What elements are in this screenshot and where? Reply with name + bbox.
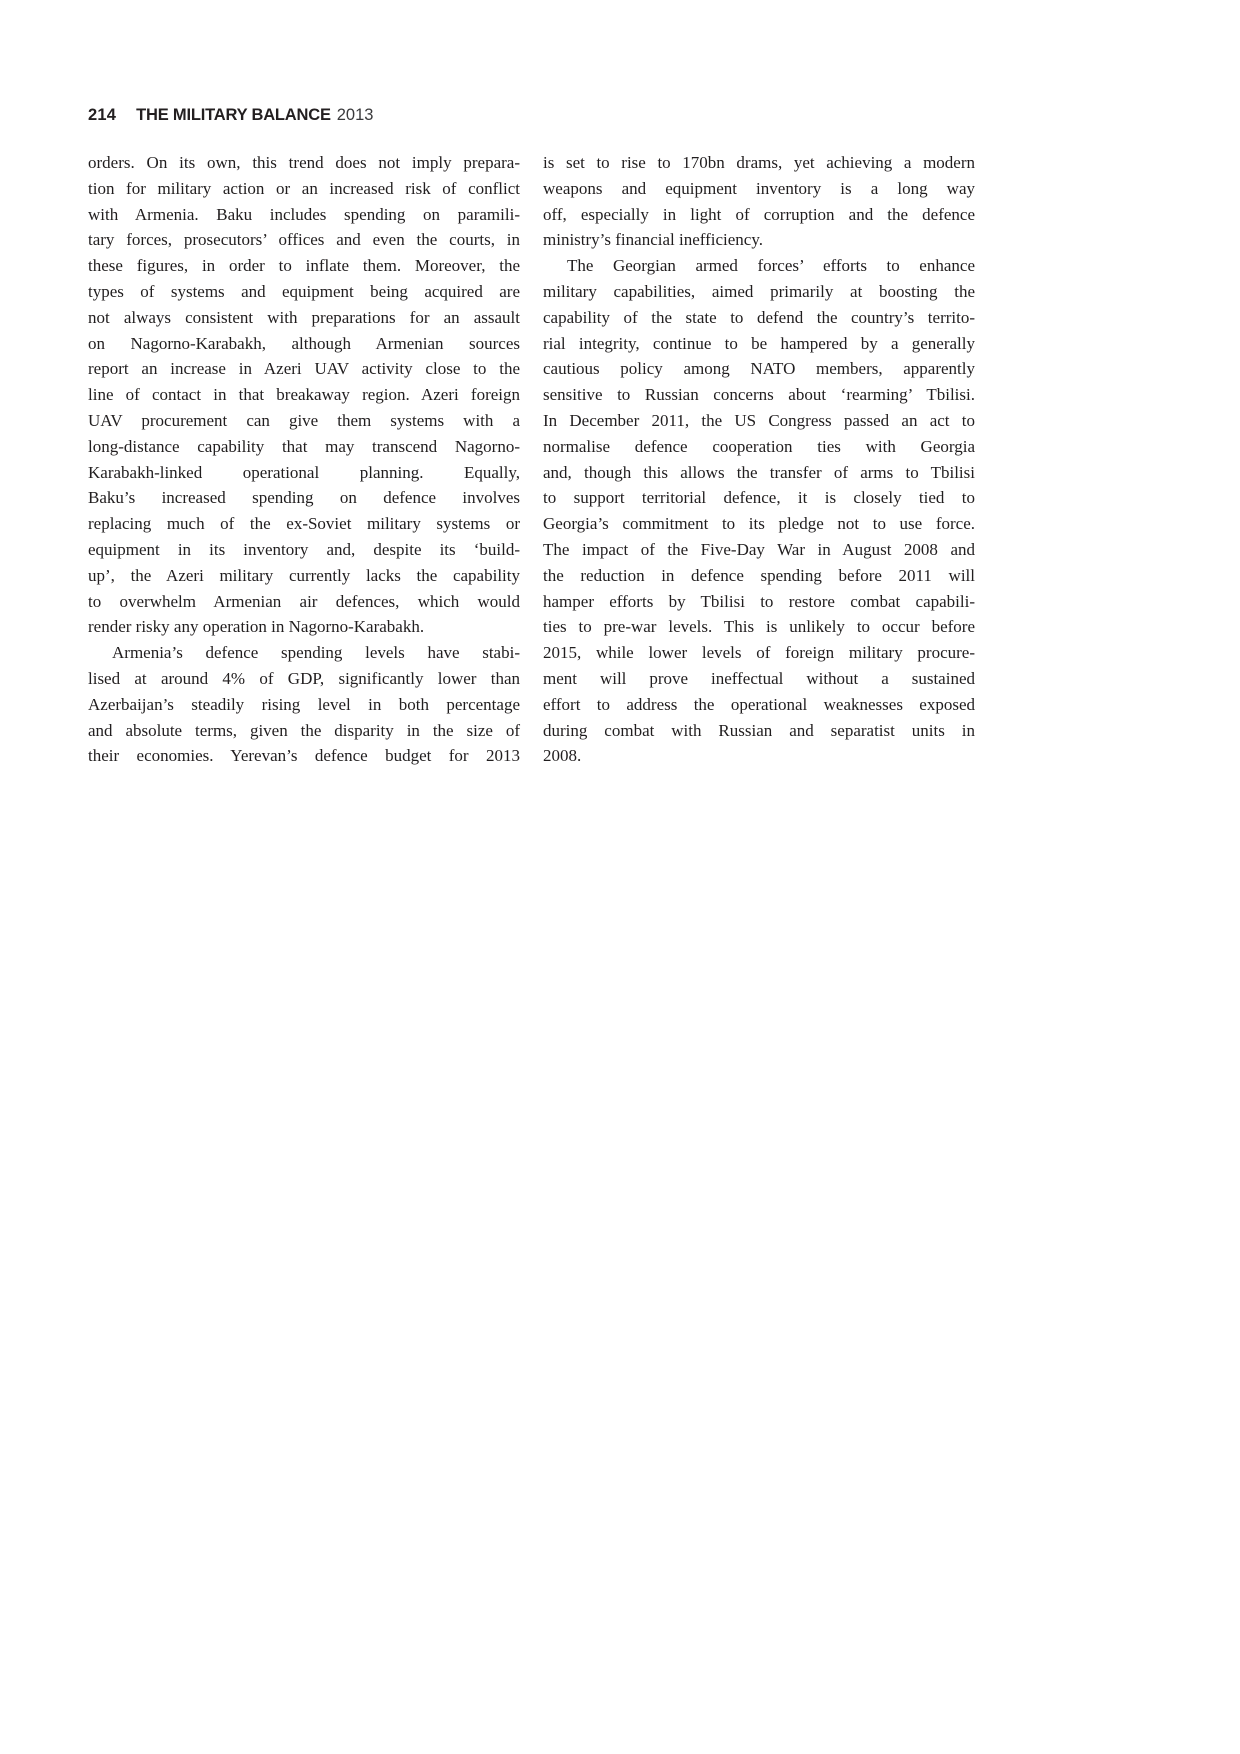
text-line: during combat with Russian and separatis… <box>543 718 975 744</box>
book-title: THE MILITARY BALANCE <box>136 103 331 127</box>
text-line: tary forces, prosecutors’ offices and ev… <box>88 227 520 253</box>
text-line: cautious policy among NATO members, appa… <box>543 356 975 382</box>
column-left: orders. On its own, this trend does not … <box>88 150 520 769</box>
text-line: The Georgian armed forces’ efforts to en… <box>543 253 975 279</box>
text-line: types of systems and equipment being acq… <box>88 279 520 305</box>
text-line: report an increase in Azeri UAV activity… <box>88 356 520 382</box>
text-line: is set to rise to 170bn drams, yet achie… <box>543 150 975 176</box>
text-line: Karabakh-linked operational planning. Eq… <box>88 460 520 486</box>
text-line: these figures, in order to inflate them.… <box>88 253 520 279</box>
text-line: ment will prove ineffectual without a su… <box>543 666 975 692</box>
text-line: rial integrity, continue to be hampered … <box>543 331 975 357</box>
text-line: 2008. <box>543 743 975 769</box>
text-line: their economies. Yerevan’s defence budge… <box>88 743 520 769</box>
text-line: up’, the Azeri military currently lacks … <box>88 563 520 589</box>
text-line: and, though this allows the transfer of … <box>543 460 975 486</box>
text-line: Azerbaijan’s steadily rising level in bo… <box>88 692 520 718</box>
text-line: replacing much of the ex-Soviet military… <box>88 511 520 537</box>
running-header: 214 THE MILITARY BALANCE 2013 <box>88 103 373 127</box>
text-line: normalise defence cooperation ties with … <box>543 434 975 460</box>
text-line: the reduction in defence spending before… <box>543 563 975 589</box>
text-line: capability of the state to defend the co… <box>543 305 975 331</box>
book-year: 2013 <box>337 103 374 127</box>
text-line: with Armenia. Baku includes spending on … <box>88 202 520 228</box>
text-line: orders. On its own, this trend does not … <box>88 150 520 176</box>
text-line: military capabilities, aimed primarily a… <box>543 279 975 305</box>
text-line: lised at around 4% of GDP, significantly… <box>88 666 520 692</box>
text-line: Armenia’s defence spending levels have s… <box>88 640 520 666</box>
text-line: hamper efforts by Tbilisi to restore com… <box>543 589 975 615</box>
text-line: The impact of the Five-Day War in August… <box>543 537 975 563</box>
text-line: ministry’s financial inefficiency. <box>543 227 975 253</box>
text-line: equipment in its inventory and, despite … <box>88 537 520 563</box>
text-line: Baku’s increased spending on defence inv… <box>88 485 520 511</box>
text-line: line of contact in that breakaway region… <box>88 382 520 408</box>
text-line: In December 2011, the US Congress passed… <box>543 408 975 434</box>
text-line: ties to pre-war levels. This is unlikely… <box>543 614 975 640</box>
text-line: and absolute terms, given the disparity … <box>88 718 520 744</box>
text-line: to overwhelm Armenian air defences, whic… <box>88 589 520 615</box>
text-line: render risky any operation in Nagorno-Ka… <box>88 614 520 640</box>
text-line: weapons and equipment inventory is a lon… <box>543 176 975 202</box>
page-number: 214 <box>88 103 116 127</box>
book-page: 214 THE MILITARY BALANCE 2013 orders. On… <box>0 0 1240 1754</box>
text-line: 2015, while lower levels of foreign mili… <box>543 640 975 666</box>
text-line: to support territorial defence, it is cl… <box>543 485 975 511</box>
text-line: off, especially in light of corruption a… <box>543 202 975 228</box>
text-columns: orders. On its own, this trend does not … <box>88 150 975 769</box>
text-line: on Nagorno-Karabakh, although Armenian s… <box>88 331 520 357</box>
text-line: UAV procurement can give them systems wi… <box>88 408 520 434</box>
column-right: is set to rise to 170bn drams, yet achie… <box>543 150 975 769</box>
text-line: long-distance capability that may transc… <box>88 434 520 460</box>
text-line: not always consistent with preparations … <box>88 305 520 331</box>
text-line: sensitive to Russian concerns about ‘rea… <box>543 382 975 408</box>
text-line: effort to address the operational weakne… <box>543 692 975 718</box>
text-line: tion for military action or an increased… <box>88 176 520 202</box>
text-line: Georgia’s commitment to its pledge not t… <box>543 511 975 537</box>
